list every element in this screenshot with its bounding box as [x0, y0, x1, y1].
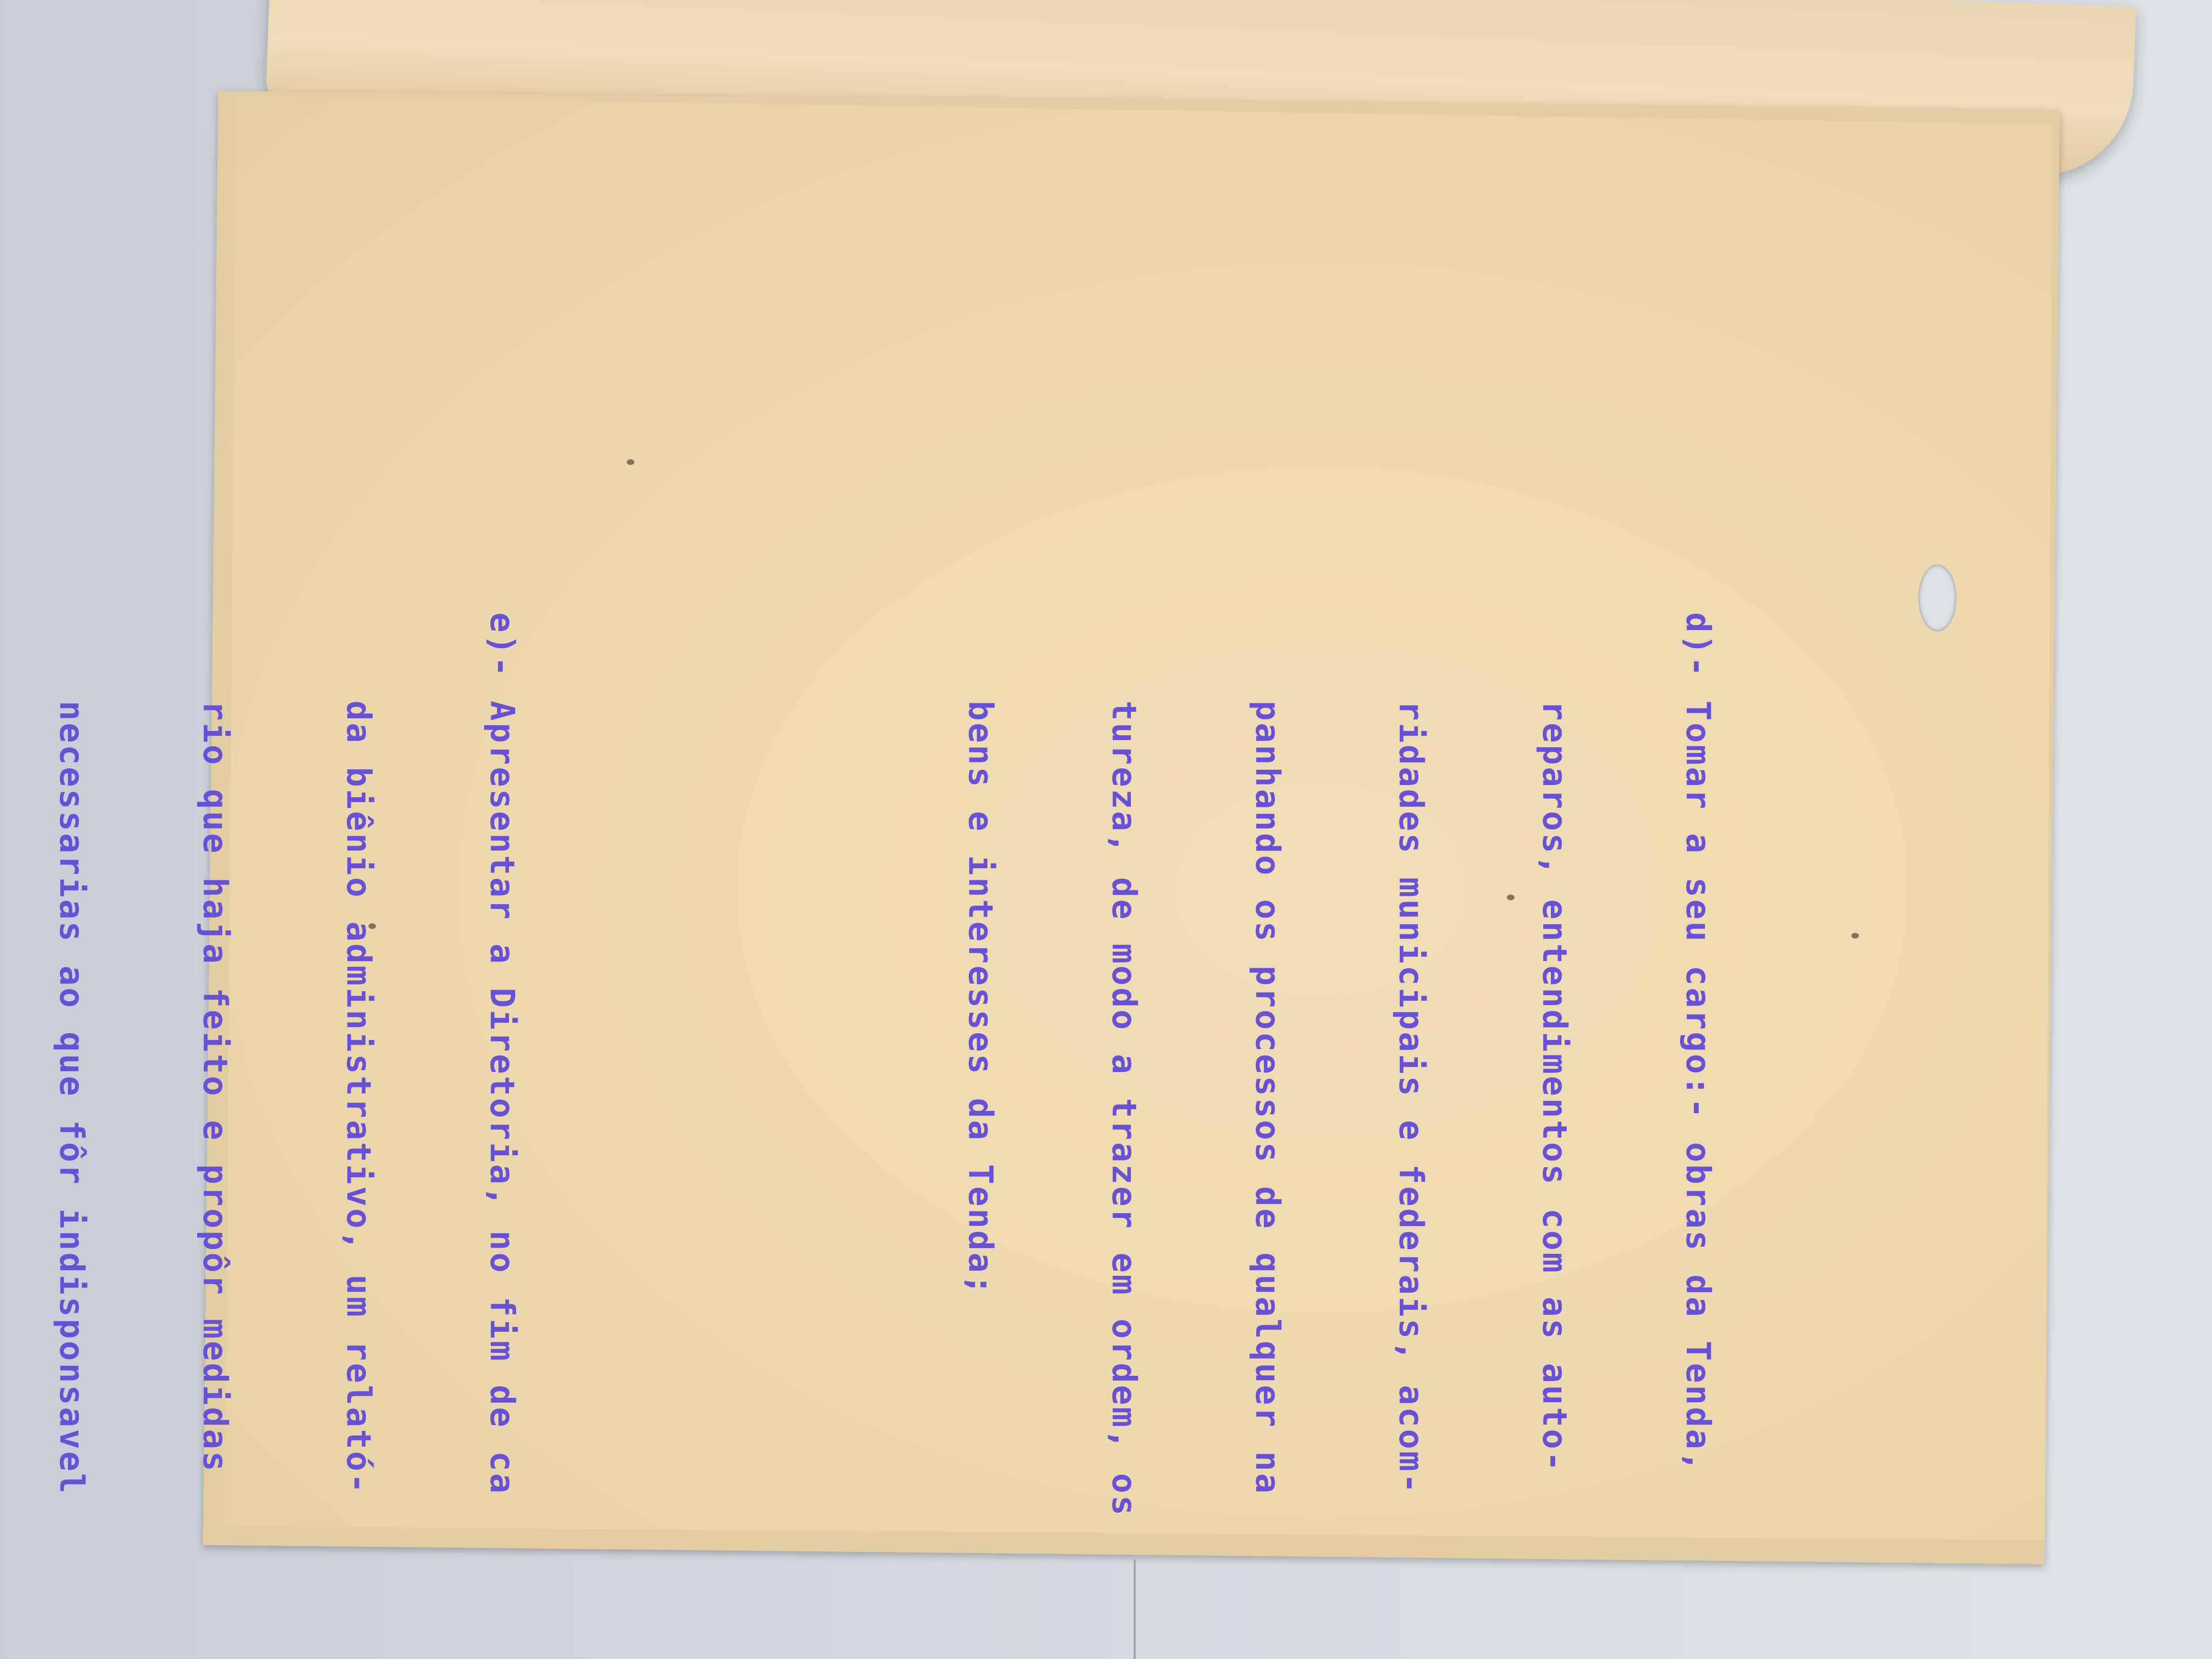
- text-line: bens e interesses da Tenda;: [961, 701, 1000, 1297]
- punch-hole: [1918, 564, 1957, 631]
- paper-speck: [627, 459, 634, 465]
- background-edge: [1134, 1559, 1136, 1659]
- text-line: reparos, entendimentos com as auto-: [1535, 701, 1574, 1473]
- item-e: e)- Apresentar a Diretoria, no fim de ca…: [0, 612, 622, 1539]
- typed-text-block: d)- Tomar a seu cargo:- obras da Tenda, …: [0, 612, 1913, 1539]
- text-line: necessarias ao que fôr indisponsavel: [52, 701, 91, 1495]
- text-line: tureza, de modo a trazer em ordem, os: [1105, 701, 1144, 1517]
- item-label: d)-: [1679, 612, 1718, 678]
- text-line: rio que haja feito e propôr medidas: [196, 701, 235, 1473]
- text-line: da biênio administrativo, um relató-: [339, 701, 378, 1495]
- text-line: Tomar a seu cargo:- obras da Tenda,: [1679, 701, 1718, 1473]
- text-line: ridades municipais e federais, acom-: [1392, 701, 1431, 1495]
- text-line: Apresentar a Diretoria, no fim de ca: [483, 701, 522, 1495]
- item-label: e)-: [483, 612, 522, 678]
- text-line: panhando os processos de qualquer na: [1248, 701, 1287, 1495]
- item-d: d)- Tomar a seu cargo:- obras da Tenda, …: [861, 612, 1818, 1539]
